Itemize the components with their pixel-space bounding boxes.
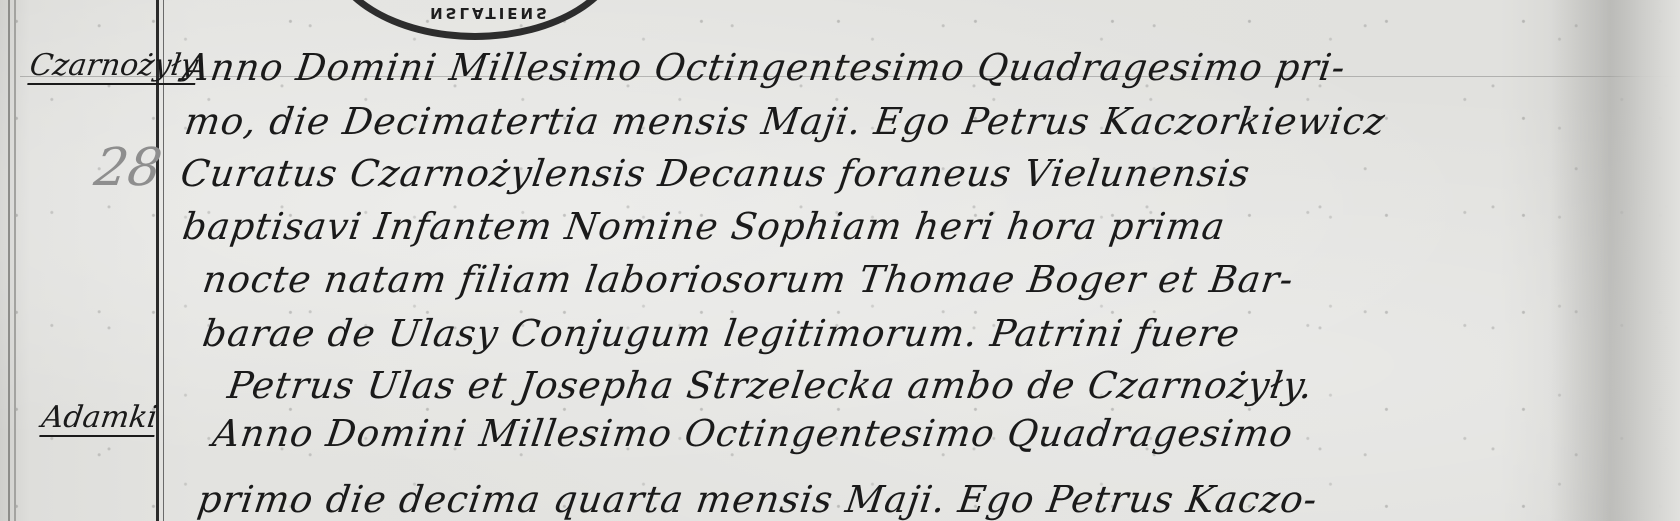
margin-place-czarnozyly: Czarnożyły	[28, 48, 201, 83]
entry-2-line-1: Anno Domini Millesimo Octingentesimo Qua…	[210, 412, 1296, 455]
stamp-text: NSLATIENS	[395, 4, 585, 22]
entry-1-line-4: baptisavi Infantem Nomine Sophiam heri h…	[180, 205, 1228, 248]
entry-2-line-2: primo die decima quarta mensis Maji. Ego…	[195, 478, 1320, 521]
margin-place-adamki: Adamki	[40, 400, 160, 435]
record-number: 28	[91, 138, 166, 198]
entry-1-line-1: Anno Domini Millesimo Octingentesimo Qua…	[180, 46, 1349, 89]
entry-1-line-2: mo, die Decimatertia mensis Maji. Ego Pe…	[182, 100, 1388, 143]
entry-1-line-5: nocte natam filiam laboriosorum Thomae B…	[200, 258, 1296, 301]
page-gutter-shadow	[1550, 0, 1680, 521]
entry-1-line-3: Curatus Czarnożylensis Decanus foraneus …	[178, 152, 1253, 195]
binding-edge-line	[14, 0, 16, 521]
entry-1-line-7: Petrus Ulas et Josepha Strzelecka ambo d…	[225, 364, 1316, 407]
entry-1-line-6: barae de Ulasy Conjugum legitimorum. Pat…	[200, 312, 1243, 355]
binding-edge-line	[8, 0, 10, 521]
register-page: NSLATIENS Czarnożyły 28 Adamki Anno Domi…	[0, 0, 1680, 521]
